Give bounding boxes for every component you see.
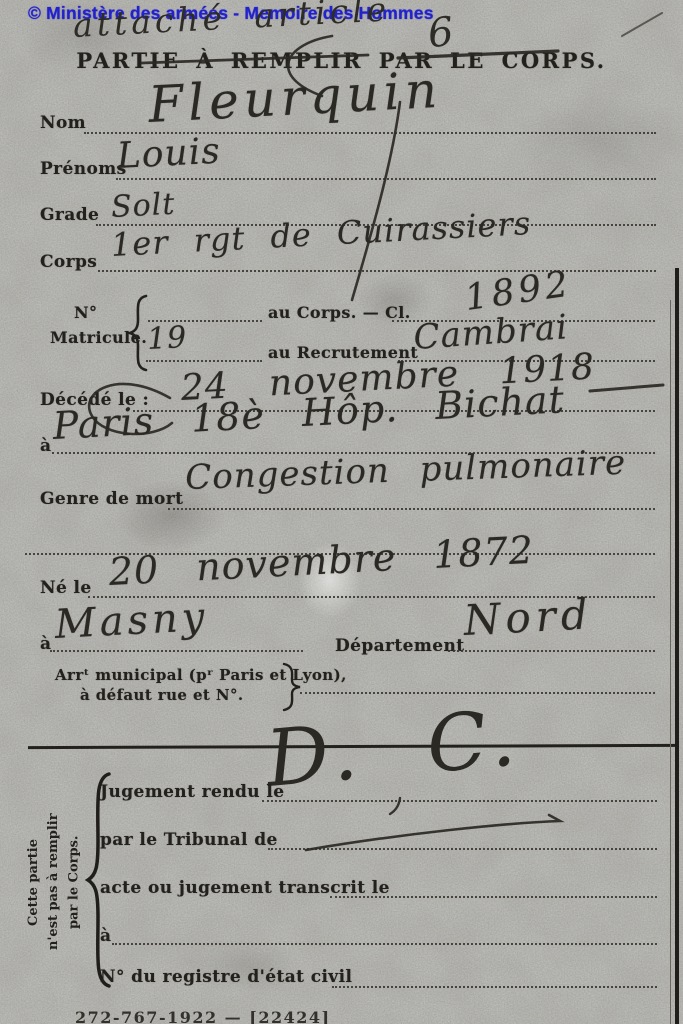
field-label-registre: N° du registre d'état civil	[100, 967, 352, 987]
field-value-departement: Nord	[462, 589, 593, 645]
field-value-grade: Solt	[110, 187, 176, 225]
field-label-deces-lieu: à	[40, 436, 51, 456]
field-label-au-corps: au Corps. — Cl.	[268, 303, 411, 322]
field-label-corps: Corps	[40, 252, 97, 272]
field-value-prenoms: Louis	[116, 131, 222, 177]
paper-smudges	[0, 0, 683, 1024]
field-label-departement: Département	[335, 636, 465, 656]
dotted-line-matricule-recrutement-left	[146, 340, 262, 362]
sidebar-note-line2: n'est pas à remplir	[44, 776, 64, 988]
field-label-prenoms: Prénoms	[40, 159, 127, 179]
sidebar-note-line3: par le Corps.	[64, 776, 84, 988]
field-label-transcription-lieu: à	[100, 926, 111, 946]
field-label-grade: Grade	[40, 205, 99, 225]
dotted-line-matricule-corps-left	[148, 300, 262, 322]
scan-edge-line	[675, 268, 679, 1024]
field-label-jugement: Jugement rendu le	[100, 782, 284, 802]
dotted-line-transcription-lieu	[112, 923, 657, 945]
field-label-tribunal: par le Tribunal de	[100, 830, 278, 850]
scanned-death-record-page: { "watermark": { "text": "© Ministère de…	[0, 0, 683, 1024]
field-label-matricule-no: N°	[74, 303, 97, 322]
field-label-matricule: Matricule.	[50, 328, 147, 347]
sidebar-note-line1: Cette partie	[24, 776, 44, 988]
dotted-line-registre	[332, 966, 657, 988]
dotted-line-jugement	[262, 780, 657, 802]
dotted-line-acte-transcrit	[330, 876, 657, 898]
printer-imprint: 272-767-1922 — [22424]	[75, 1008, 331, 1024]
field-label-ne-le: Né le	[40, 578, 92, 598]
scan-edge-line-thin	[670, 300, 671, 1024]
dotted-line-tribunal	[268, 828, 657, 850]
field-label-nom: Nom	[40, 113, 86, 133]
field-label-arr-municipal-line2: à défaut rue et N°.	[80, 686, 244, 704]
sidebar-note-rotated: Cette partie n'est pas à remplir par le …	[24, 776, 86, 988]
field-label-genre-de-mort: Genre de mort	[40, 489, 183, 509]
dotted-line-arr-municipal	[300, 672, 655, 694]
field-value-naissance-lieu: Masny	[54, 594, 210, 648]
